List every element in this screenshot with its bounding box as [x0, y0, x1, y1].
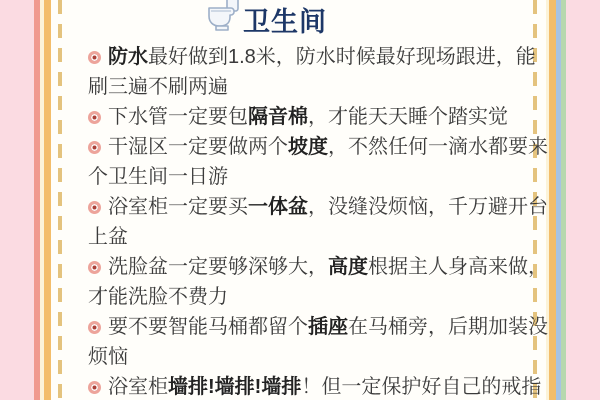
item-text-bold: 隔音棉 — [248, 106, 308, 128]
bullet-icon — [88, 111, 101, 124]
item-text-post: ！但一定保护好自己的戒指 — [301, 376, 541, 398]
list-item: 防水最好做到1.8米，防水时候最好现场跟进，能 刷三遍不刷两遍 — [88, 42, 558, 102]
item-text-post: 最好做到1.8米，防水时候最好现场跟进，能 刷三遍不刷两遍 — [88, 46, 536, 98]
bullet-icon — [88, 51, 101, 64]
page-title: 卫生间 — [243, 6, 327, 38]
dashed-line-left — [58, 0, 62, 400]
item-text-bold: 坡度 — [288, 136, 328, 158]
bullet-icon — [88, 321, 101, 334]
bullet-icon — [88, 141, 101, 154]
list-item: 下水管一定要包隔音棉，才能天天睡个踏实觉 — [88, 102, 558, 132]
list-item: 浴室柜一定要买一体盆，没缝没烦恼，千万避开台 上盆 — [88, 192, 558, 252]
list-item: 干湿区一定要做两个坡度，不然任何一滴水都要来 个卫生间一日游 — [88, 132, 558, 192]
item-text-pre: 浴室柜一定要买 — [108, 196, 248, 218]
bullet-icon — [88, 201, 101, 214]
list-item: 要不要智能马桶都留个插座在马桶旁，后期加装没 烦恼 — [88, 312, 558, 372]
card-content: 卫生间 防水最好做到1.8米，防水时候最好现场跟进，能 刷三遍不刷两遍 下水管一… — [88, 0, 558, 400]
border-stripe-green — [561, 0, 566, 400]
list-item: 洗脸盆一定要够深够大，高度根据主人身高来做， 才能洗脸不费力 — [88, 252, 558, 312]
item-text-bold: 高度 — [328, 256, 368, 278]
toilet-icon — [206, 0, 240, 36]
item-text-pre: 干湿区一定要做两个 — [108, 136, 288, 158]
item-text-pre: 要不要智能马桶都留个 — [108, 316, 308, 338]
bullet-icon — [88, 261, 101, 274]
section-header: 卫生间 — [206, 0, 558, 38]
item-text-pre: 洗脸盆一定要够深够大， — [108, 256, 328, 278]
item-text-bold: 防水 — [108, 46, 148, 68]
item-text-pre: 下水管一定要包 — [108, 106, 248, 128]
list-item: 浴室柜墙排!墙排!墙排！但一定保护好自己的戒指 — [88, 372, 558, 400]
tips-list: 防水最好做到1.8米，防水时候最好现场跟进，能 刷三遍不刷两遍 下水管一定要包隔… — [88, 42, 558, 400]
item-text-pre: 浴室柜 — [108, 376, 168, 398]
item-text-bold: 插座 — [308, 316, 348, 338]
bullet-icon — [88, 381, 101, 394]
item-text-post: ，才能天天睡个踏实觉 — [308, 106, 508, 128]
item-text-bold: 一体盆 — [248, 196, 308, 218]
item-text-bold: 墙排!墙排!墙排 — [168, 376, 301, 398]
border-stripe-orange-left — [44, 0, 51, 400]
